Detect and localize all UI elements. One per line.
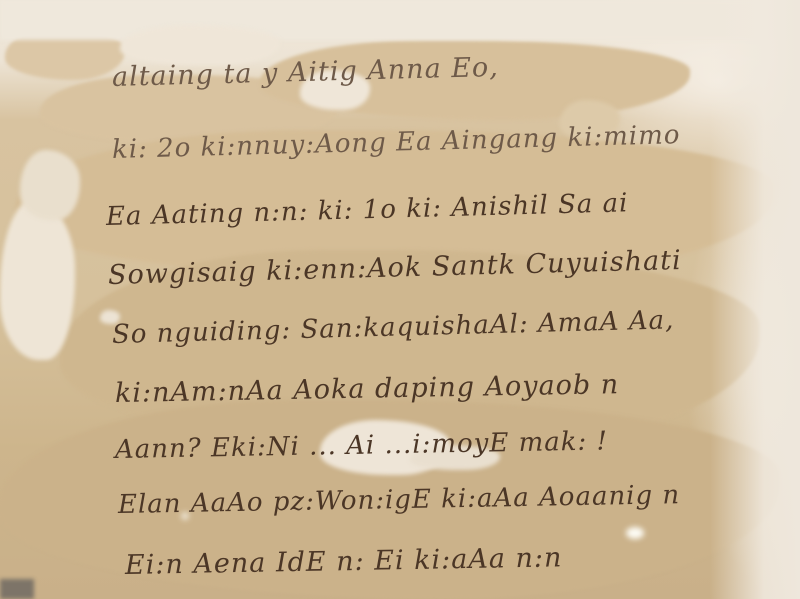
manuscript-photo: altaing ta y Aitig Anna Eo, ki: 2o ki:nn… [0,0,800,599]
glare-spot [626,527,644,539]
paper-edge-highlight [710,0,800,599]
frame-corner [0,579,34,599]
paper-flake [20,150,80,220]
paper-flake [0,0,800,40]
paper-flake [0,200,75,360]
